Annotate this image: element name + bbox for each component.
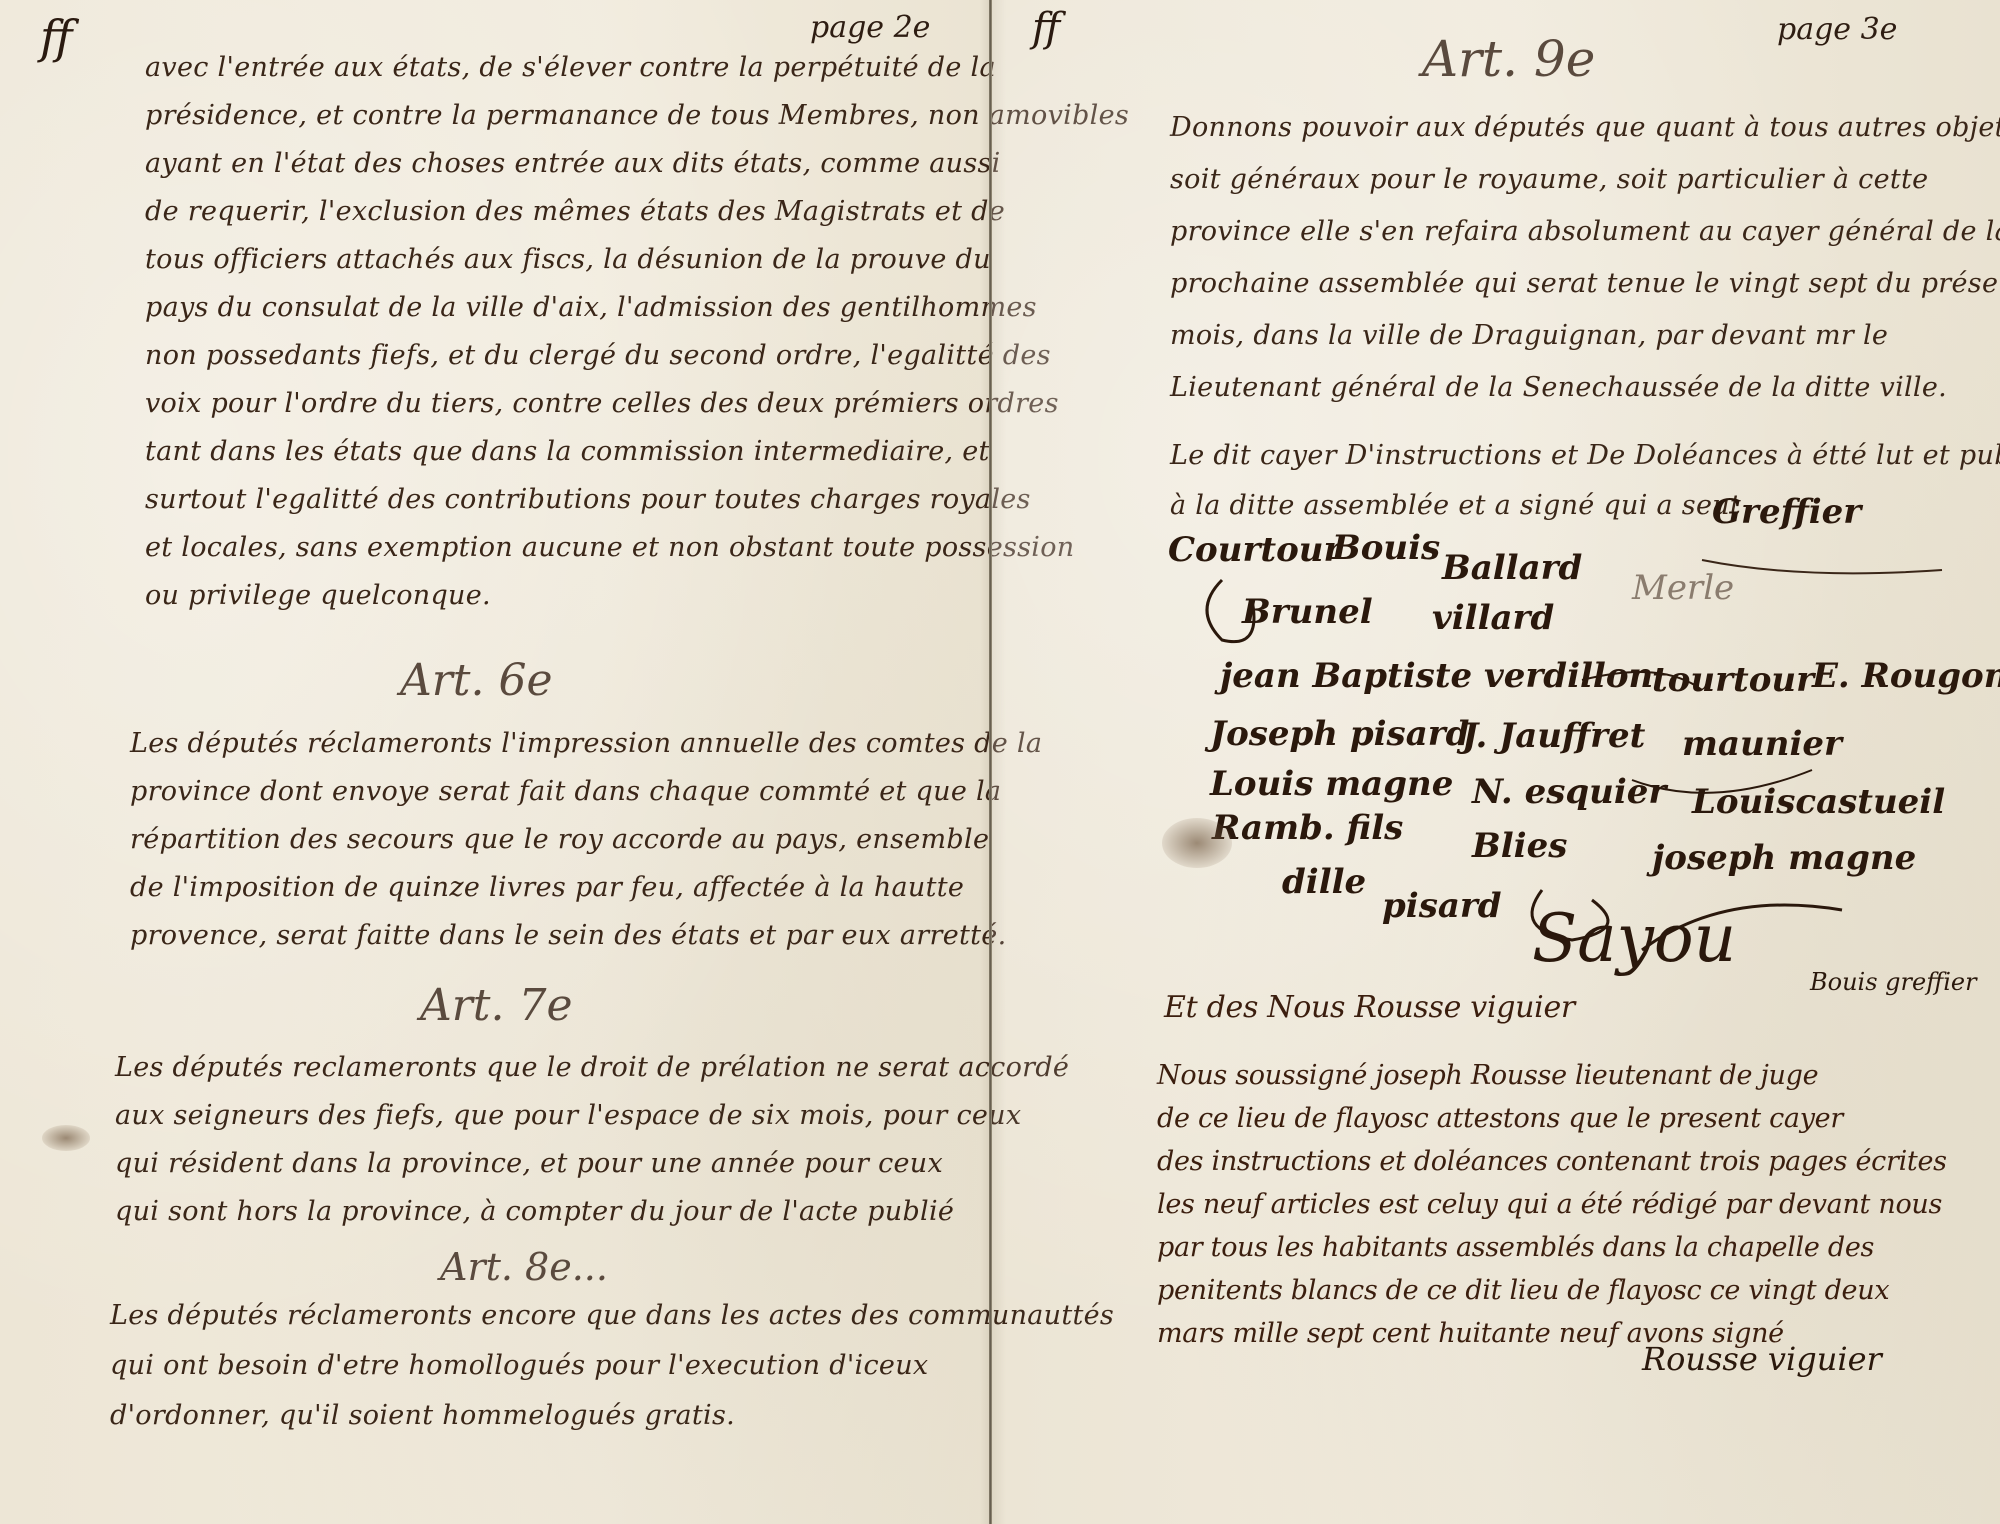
signature-flourishes [1162,540,1982,1000]
page-label-left: page 2e [810,10,930,45]
folio-mark-left: ff [40,10,73,64]
text-line: de requerir, l'exclusion des mêmes états… [145,196,1005,227]
text-line: répartition des secours que le roy accor… [130,824,989,855]
attestation-line: de ce lieu de flayosc attestons que le p… [1157,1103,1843,1134]
text-line: Les députés réclameronts encore que dans… [110,1300,1114,1331]
final-signature: Rousse viguier [1642,1340,1882,1378]
left-page: ff page 2e avec l'entrée aux états, de s… [0,0,990,1524]
closing-line: à la ditte assemblée et a signé qui a se… [1170,490,1741,521]
page-label-right: page 3e [1777,12,1897,47]
attestation-line: par tous les habitants assemblés dans la… [1157,1232,1874,1263]
text-line: Lieutenant général de la Senechaussée de… [1170,372,1947,403]
text-line: présidence, et contre la permanance de t… [145,100,1129,131]
text-line: et locales, sans exemption aucune et non… [145,532,1074,563]
text-line: qui résident dans la province, et pour u… [115,1148,943,1179]
text-line: surtout l'egalitté des contributions pou… [145,484,1031,515]
text-line: Les députés réclameronts l'impression an… [130,728,1042,759]
article-heading-7: Art. 7e [420,980,573,1031]
ink-stain [1162,818,1232,868]
text-line: soit généraux pour le royaume, soit part… [1170,164,1928,195]
attestation-line: les neuf articles est celuy qui a été ré… [1157,1189,1942,1220]
text-line: province dont envoye serat fait dans cha… [130,776,1001,807]
viguier-line: Et des Nous Rousse viguier [1164,990,1575,1025]
article-heading-9: Art. 9e [1422,30,1595,88]
text-line: non possedants fiefs, et du clergé du se… [145,340,1051,371]
attestation-line: penitents blancs de ce dit lieu de flayo… [1157,1275,1889,1306]
right-page: ff page 3e Art. 9e Donnons pouvoir aux d… [992,0,2000,1524]
text-line: mois, dans la ville de Draguignan, par d… [1170,320,1888,351]
ink-stain [42,1125,90,1151]
text-line: qui sont hors la province, à compter du … [115,1196,954,1227]
text-line: tous officiers attachés aux fiscs, la dé… [145,244,991,275]
article-heading-8: Art. 8e... [440,1245,608,1289]
text-line: d'ordonner, qu'il soient hommelogués gra… [110,1400,735,1431]
text-line: Donnons pouvoir aux députés que quant à … [1170,112,2000,143]
text-line: ayant en l'état des choses entrée aux di… [145,148,1001,179]
text-line: tant dans les états que dans la commissi… [145,436,990,467]
text-line: prochaine assemblée qui serat tenue le v… [1170,268,2000,299]
text-line: aux seigneurs des fiefs, que pour l'espa… [115,1100,1021,1131]
text-line: pays du consulat de la ville d'aix, l'ad… [145,292,1037,323]
text-line: de l'imposition de quinze livres par feu… [130,872,964,903]
text-line: avec l'entrée aux états, de s'élever con… [145,52,996,83]
text-line: province elle s'en refaira absolument au… [1170,216,2000,247]
text-line: Les députés reclameronts que le droit de… [115,1052,1069,1083]
folio-mark-right: ff [1032,5,1060,51]
text-line: ou privilege quelconque. [145,580,491,611]
manuscript-spread: ff page 2e avec l'entrée aux états, de s… [0,0,2000,1524]
article-heading-6: Art. 6e [400,655,553,706]
text-line: qui ont besoin d'etre homollogués pour l… [110,1350,928,1381]
closing-line: Le dit cayer D'instructions et De Doléan… [1170,440,2000,471]
text-line: voix pour l'ordre du tiers, contre celle… [145,388,1059,419]
attestation-line: Nous soussigné joseph Rousse lieutenant … [1157,1060,1818,1091]
signature: Greffier [1712,492,1861,532]
text-line: provence, serat faitte dans le sein des … [130,920,1006,951]
attestation-line: des instructions et doléances contenant … [1157,1146,1947,1177]
